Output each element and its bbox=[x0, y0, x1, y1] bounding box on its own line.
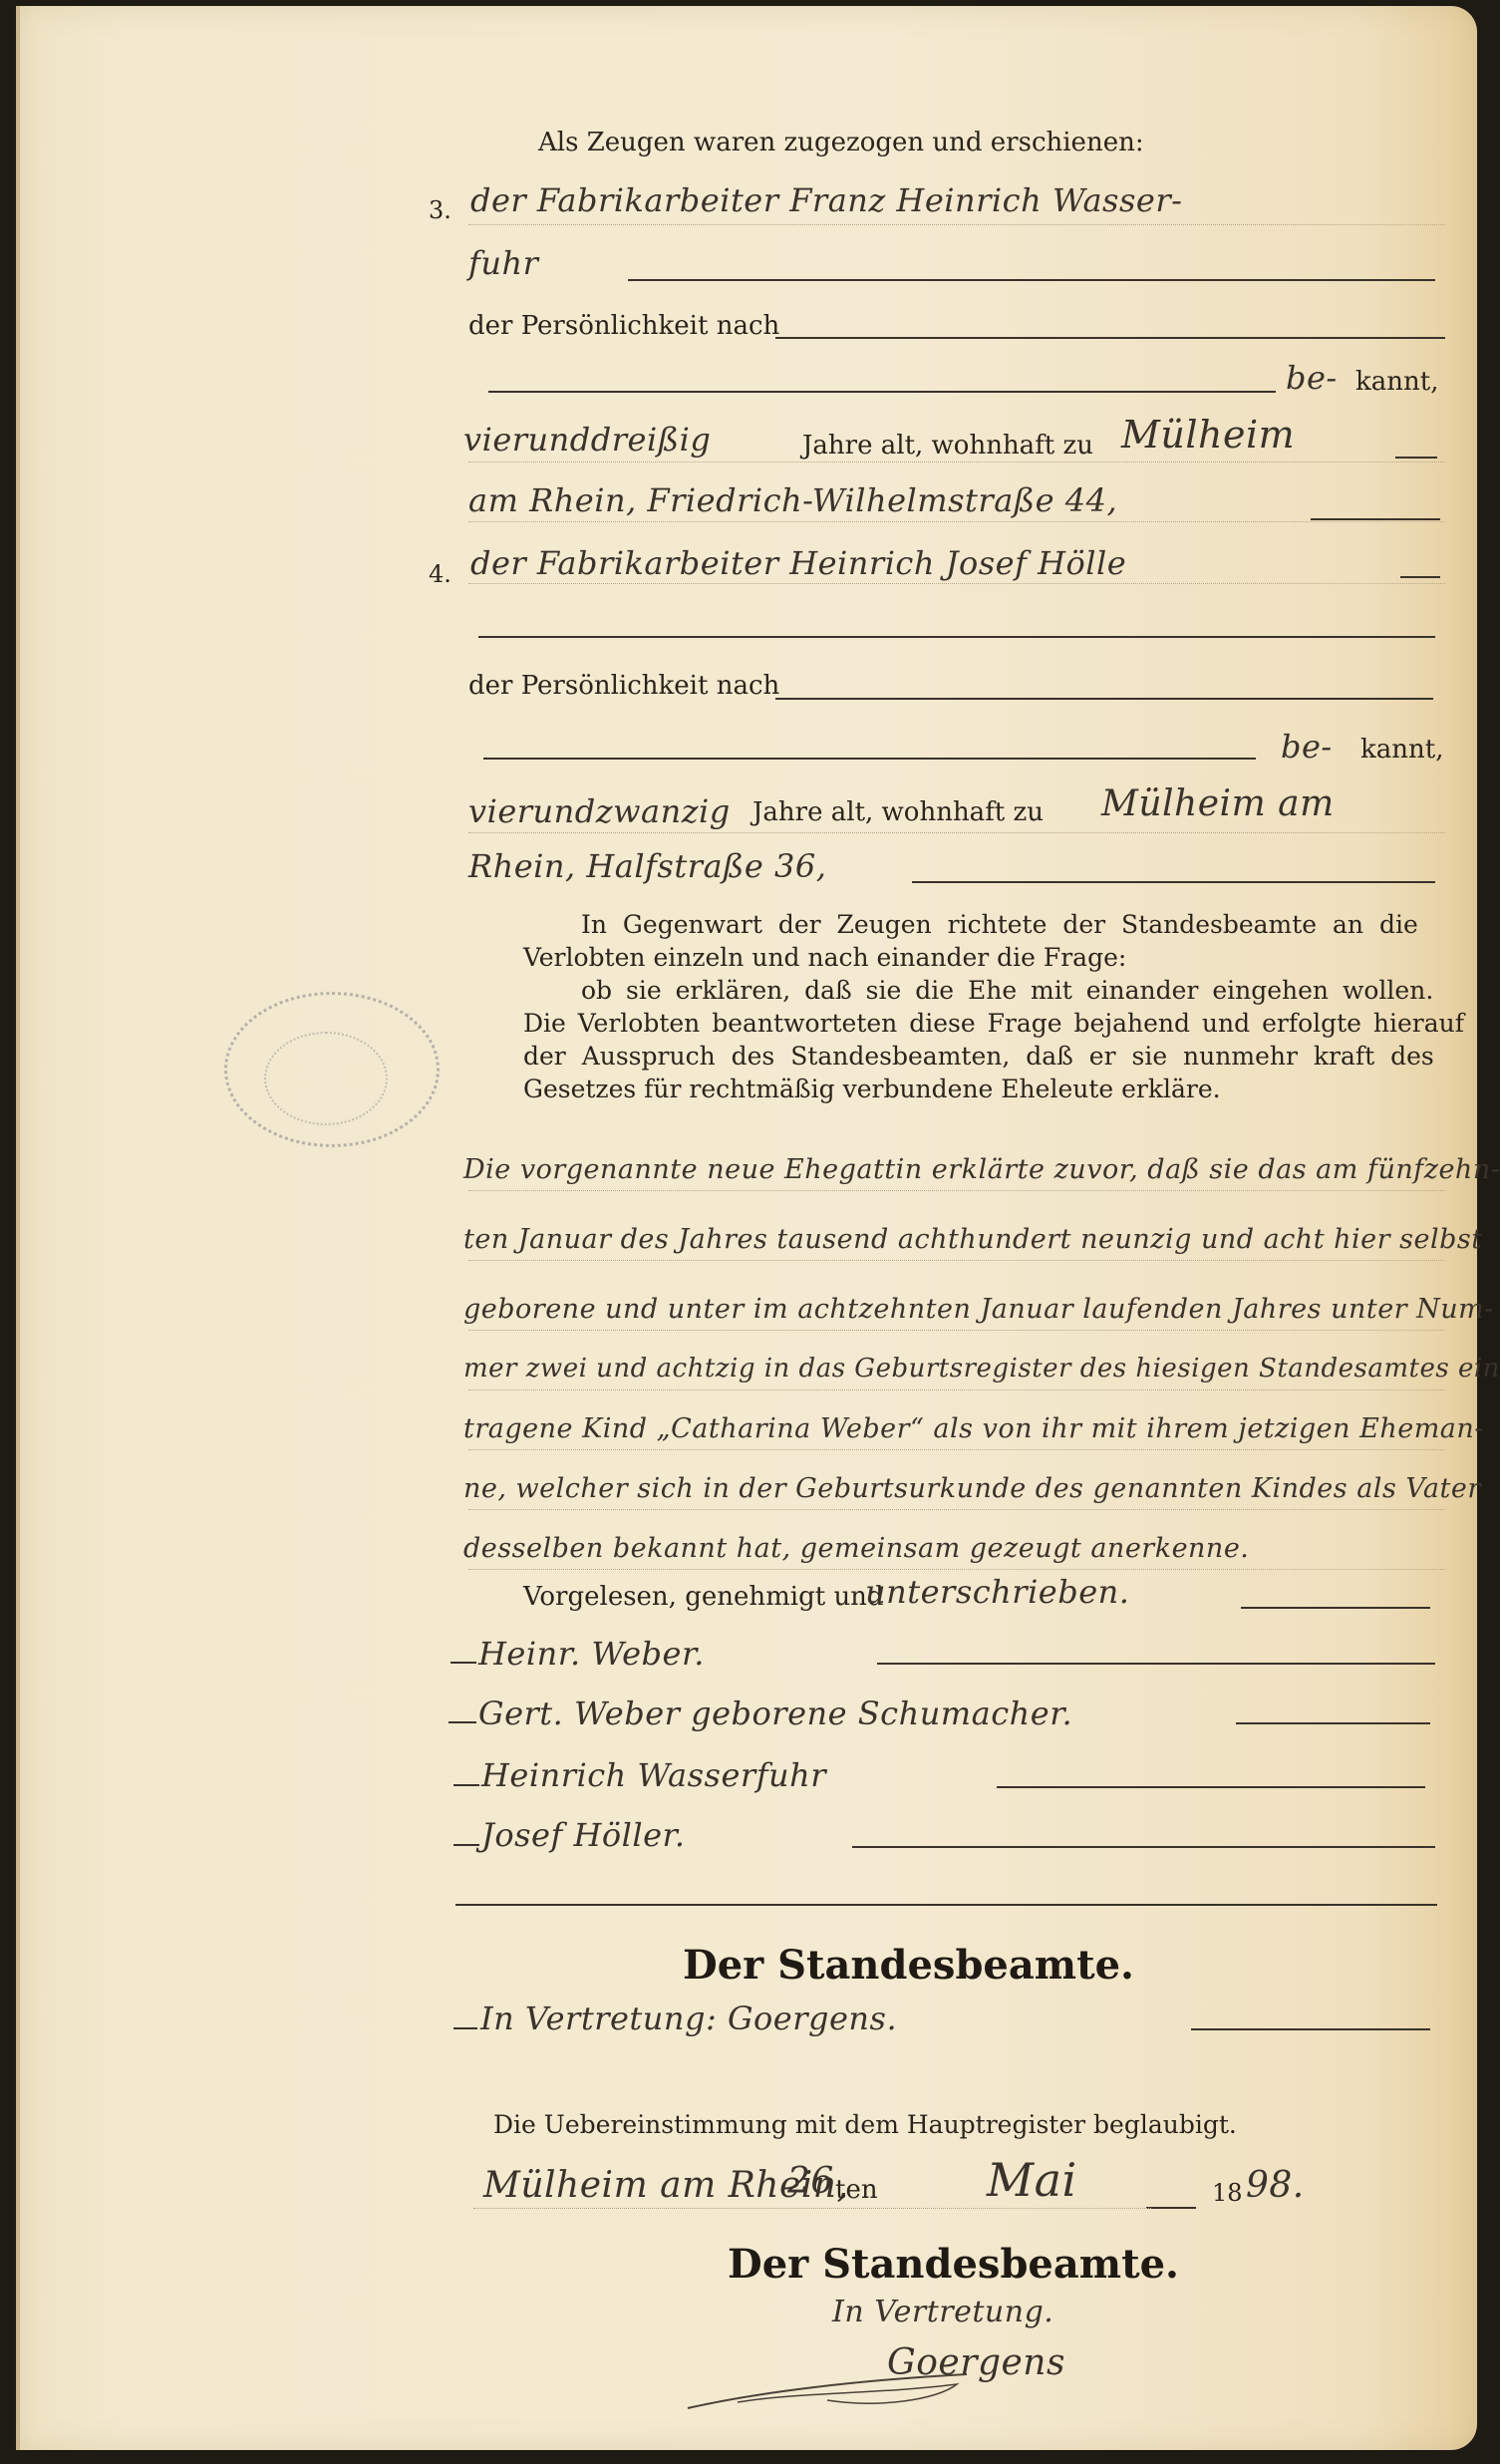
fill-rule bbox=[453, 2027, 477, 2029]
certification-day: 26 bbox=[787, 2161, 834, 2202]
witness-3-known-suffix: kannt, bbox=[1355, 367, 1438, 397]
witness-3-identity-label: der Persönlichkeit nach bbox=[468, 311, 779, 341]
certification-heading: Der Standesbeamte. bbox=[728, 2241, 1179, 2288]
witness-4-known-suffix: kannt, bbox=[1360, 735, 1443, 765]
dotted-guide bbox=[468, 462, 1445, 462]
fill-rule bbox=[453, 1844, 479, 1846]
page-edge bbox=[16, 6, 20, 2450]
witness-3-number: 3. bbox=[429, 196, 451, 224]
dotted-guide bbox=[468, 1449, 1445, 1450]
witness-4-residence-line2: Rhein, Halfstraße 36, bbox=[468, 847, 826, 885]
dotted-guide bbox=[468, 1389, 1445, 1390]
note-line-5: tragene Kind „Catharina Weber“ als von i… bbox=[463, 1413, 1484, 1444]
ceremony-line-6: Gesetzes für rechtmäßig verbundene Ehele… bbox=[523, 1075, 1221, 1103]
certification-signature-line1: In Vertretung. bbox=[832, 2295, 1053, 2329]
note-line-6: ne, welcher sich in der Geburtsurkunde d… bbox=[463, 1473, 1481, 1504]
fill-rule bbox=[1311, 518, 1440, 520]
certification-year-prefix: 18 bbox=[1212, 2179, 1243, 2207]
ceremony-line-5: der Ausspruch des Standesbeamten, daß er… bbox=[523, 1042, 1434, 1071]
witness-3-age-label: Jahre alt, wohnhaft zu bbox=[802, 431, 1093, 461]
fill-rule bbox=[1236, 1722, 1430, 1724]
signature-witness-4: Josef Höller. bbox=[481, 1816, 686, 1854]
fill-rule bbox=[775, 337, 1445, 339]
fill-rule bbox=[1146, 2207, 1196, 2209]
ceremony-line-3: ob sie erklären, daß sie die Ehe mit ein… bbox=[581, 976, 1433, 1005]
witnesses-heading: Als Zeugen waren zugezogen und erschiene… bbox=[538, 128, 1144, 157]
dotted-guide bbox=[468, 1509, 1445, 1510]
witness-4-residence-line1: Mülheim am bbox=[1101, 783, 1335, 824]
fill-rule bbox=[997, 1786, 1425, 1788]
note-line-1: Die vorgenannte neue Ehegattin erklärte … bbox=[463, 1154, 1500, 1185]
fill-rule bbox=[453, 1784, 479, 1786]
witness-3-residence-line2: am Rhein, Friedrich-Wilhelmstraße 44, bbox=[468, 481, 1117, 519]
read-approved-value: unterschrieben. bbox=[865, 1573, 1129, 1611]
dotted-guide bbox=[468, 1569, 1445, 1570]
fill-rule bbox=[912, 881, 1435, 883]
certification-month: Mai bbox=[987, 2153, 1077, 2207]
read-approved-label: Vorgelesen, genehmigt und bbox=[523, 1582, 884, 1612]
ceremony-line-1: In Gegenwart der Zeugen richtete der Sta… bbox=[581, 910, 1418, 939]
signature-bride: Gert. Weber geborene Schumacher. bbox=[478, 1694, 1072, 1732]
dotted-guide bbox=[473, 2208, 1151, 2209]
fill-rule bbox=[483, 758, 1256, 760]
fill-rule bbox=[852, 1846, 1435, 1848]
faded-stamp-inner bbox=[264, 1032, 388, 1125]
witness-3-name-line2: fuhr bbox=[468, 244, 538, 282]
witness-4-number: 4. bbox=[429, 560, 451, 588]
certification-day-suffix: ten bbox=[835, 2175, 878, 2205]
fill-rule bbox=[1400, 576, 1440, 578]
signature-witness-3: Heinrich Wasserfuhr bbox=[481, 1756, 826, 1794]
fill-rule bbox=[488, 391, 1276, 393]
fill-rule bbox=[775, 698, 1433, 700]
witness-3-name-line1: der Fabrikarbeiter Franz Heinrich Wasser… bbox=[470, 181, 1182, 219]
fill-rule bbox=[1395, 457, 1437, 459]
witness-4-identity-label: der Persönlichkeit nach bbox=[468, 671, 779, 701]
fill-rule bbox=[1191, 2028, 1430, 2030]
witness-3-residence-line1: Mülheim bbox=[1121, 413, 1295, 457]
dotted-guide bbox=[468, 832, 1445, 833]
witness-4-age-label: Jahre alt, wohnhaft zu bbox=[752, 797, 1044, 827]
registrar-heading: Der Standesbeamte. bbox=[683, 1942, 1134, 1989]
dotted-guide bbox=[468, 521, 1445, 522]
dotted-guide bbox=[468, 1260, 1445, 1261]
note-line-3: geborene und unter im achtzehnten Januar… bbox=[463, 1294, 1494, 1325]
signature-flourish-icon bbox=[678, 2372, 977, 2412]
fill-rule bbox=[628, 279, 1435, 281]
dotted-guide bbox=[468, 224, 1445, 225]
registrar-signature: In Vertretung: Goergens. bbox=[480, 2000, 897, 2037]
witness-4-name-line1: der Fabrikarbeiter Heinrich Josef Hölle bbox=[470, 544, 1126, 582]
witness-4-known-prefix: be- bbox=[1281, 728, 1333, 766]
fill-rule bbox=[1241, 1607, 1430, 1609]
ceremony-line-4: Die Verlobten beantworteten diese Frage … bbox=[523, 1009, 1464, 1038]
dotted-guide bbox=[468, 583, 1445, 584]
witness-3-known-prefix: be- bbox=[1286, 359, 1338, 397]
fill-rule bbox=[478, 636, 1435, 638]
certification-text: Die Uebereinstimmung mit dem Hauptregist… bbox=[493, 2110, 1237, 2139]
signature-groom: Heinr. Weber. bbox=[478, 1635, 705, 1673]
note-line-4: mer zwei und achtzig in das Geburtsregis… bbox=[463, 1354, 1500, 1384]
witness-4-age: vierundzwanzig bbox=[468, 792, 731, 830]
certification-year-suffix: 98. bbox=[1246, 2165, 1305, 2206]
ceremony-line-2: Verlobten einzeln und nach einander die … bbox=[523, 943, 1126, 972]
note-line-7: desselben bekannt hat, gemeinsam gezeugt… bbox=[463, 1533, 1249, 1564]
note-line-2: ten Januar des Jahres tausend achthunder… bbox=[463, 1224, 1483, 1255]
separator-rule bbox=[455, 1904, 1437, 1906]
witness-3-age: vierunddreißig bbox=[463, 421, 711, 459]
dotted-guide bbox=[468, 1190, 1445, 1191]
fill-rule bbox=[450, 1662, 476, 1664]
fill-rule bbox=[877, 1663, 1435, 1665]
dotted-guide bbox=[468, 1330, 1445, 1331]
fill-rule bbox=[449, 1721, 476, 1723]
